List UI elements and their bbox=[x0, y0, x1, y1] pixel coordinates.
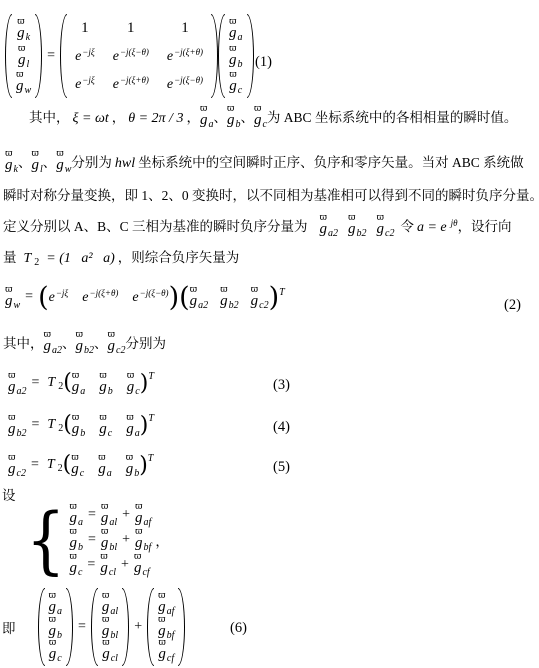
equation-4: ϖgb2 = T2 ( ϖgb ϖgc ϖga )T bbox=[8, 410, 154, 440]
row-tail: ， bbox=[155, 530, 169, 550]
separator: 、 bbox=[43, 155, 57, 170]
right-paren bbox=[211, 14, 218, 98]
g-vector: ϖgbl bbox=[102, 617, 118, 638]
paragraph-2-line-1: ϖgk、ϖgl、ϖgw分别为hwl坐标系统中的空间瞬时正序、负序和零序矢量。当对… bbox=[5, 150, 524, 177]
g-vector: ϖgcl bbox=[102, 640, 118, 661]
g-vector: ϖgb bbox=[49, 617, 63, 638]
cjk-text: 瞬时对称分量变换，即 1、2、0 变换时，以不同相为基准相可以得到不同的瞬时负序… bbox=[3, 188, 539, 203]
g-vector: ϖgb2 bbox=[76, 332, 95, 353]
g-vector: ϖgcf bbox=[158, 640, 174, 661]
system-body: { ϖga=ϖgal+ϖgaf ϖgb=ϖgbl+ϖgbf， ϖgc=ϖgcl+… bbox=[26, 502, 169, 577]
exp-term: e−j(ξ+θ) bbox=[167, 47, 203, 65]
g-vector: ϖga bbox=[49, 593, 63, 614]
column-vector: ϖgaf ϖgbf ϖgcf bbox=[147, 588, 185, 666]
g-vector: ϖgc2 bbox=[8, 455, 26, 476]
g-vector: ϖgbf bbox=[158, 617, 174, 638]
T2-symbol: T2 bbox=[44, 417, 63, 434]
system-row: ϖga=ϖgal+ϖgaf bbox=[69, 502, 168, 527]
vector-column: ϖga ϖgb ϖgc bbox=[45, 588, 67, 666]
paragraph-4: 设 bbox=[2, 483, 16, 509]
g-vector: ϖga bbox=[200, 106, 214, 127]
left-paren: ( bbox=[179, 284, 190, 311]
left-paren bbox=[147, 588, 154, 666]
right-paren: ) bbox=[139, 453, 148, 478]
paragraph-3: 其中，ϖga2、ϖgb2、ϖgc2分别为 bbox=[3, 331, 166, 357]
separator: 、 bbox=[240, 110, 254, 125]
left-paren: ( bbox=[38, 284, 49, 311]
transform-matrix: 1 1 1 e−jξ e−j(ξ−θ) e−j(ξ+θ) e−jξ e−j(ξ+… bbox=[60, 14, 218, 98]
plus-sign: + bbox=[121, 557, 129, 573]
cjk-text: 定义分别以 A、B、C 三相为基准的瞬时负序分量为 bbox=[3, 219, 308, 234]
equals-sign: = bbox=[78, 619, 86, 635]
left-paren bbox=[60, 14, 67, 98]
equation-number-3: (3) bbox=[273, 377, 290, 394]
cjk-text: 量 bbox=[3, 250, 17, 265]
g-vector: ϖgc bbox=[49, 640, 62, 661]
g-vector: ϖgbl bbox=[101, 529, 117, 550]
paragraph-2-line-3: 定义分别以 A、B、C 三相为基准的瞬时负序分量为ϖga2ϖgb2ϖgc2令a … bbox=[3, 210, 512, 241]
equals-sign: = bbox=[25, 289, 33, 305]
g-vector: ϖga bbox=[72, 373, 86, 394]
cjk-text: 其中， bbox=[3, 336, 44, 351]
math-inline: = (1 a² a) bbox=[46, 251, 114, 266]
left-paren: ( bbox=[63, 454, 72, 476]
math-inline: T bbox=[47, 457, 55, 472]
left-paren bbox=[91, 588, 98, 666]
g-vector: ϖgb bbox=[126, 455, 140, 476]
column-vector: ϖga ϖgb ϖgc bbox=[38, 588, 74, 666]
exp-term: e−j(ξ−θ) bbox=[167, 75, 203, 93]
g-vector: ϖgb bbox=[229, 46, 243, 67]
left-paren: ( bbox=[63, 372, 72, 394]
separator: 、 bbox=[94, 336, 108, 351]
transpose-group: )T bbox=[139, 453, 153, 477]
g-vector: ϖgb2 bbox=[348, 215, 367, 236]
g-vector: ϖgc2 bbox=[251, 287, 269, 308]
superscript-T: T bbox=[279, 287, 285, 298]
equals-sign: = bbox=[31, 457, 39, 473]
left-paren bbox=[218, 14, 225, 98]
equation-2: ϖgw = ( e−jξ e−j(ξ+θ) e−j(ξ−θ) )( ϖga2 ϖ… bbox=[5, 279, 285, 315]
g-vector: ϖga2 bbox=[320, 215, 339, 236]
right-paren bbox=[247, 14, 254, 98]
superscript-T: T bbox=[148, 453, 154, 464]
cjk-text: 即 bbox=[2, 617, 16, 637]
cjk-text: 令 bbox=[400, 219, 414, 234]
right-paren bbox=[178, 588, 185, 666]
T2-symbol: T2 bbox=[44, 375, 63, 392]
equals-sign: = bbox=[32, 375, 40, 391]
right-paren bbox=[122, 588, 129, 666]
paragraph-1: 其中，ξ = ωt，θ = 2π / 3，ϖga、ϖgb、ϖgc为 ABC 坐标… bbox=[29, 105, 517, 132]
right-paren bbox=[35, 14, 42, 98]
paragraph-2-line-2: 瞬时对称分量变换，即 1、2、0 变换时，以不同相为基准相可以得到不同的瞬时负序… bbox=[3, 183, 539, 209]
document-page: ϖgk ϖgl ϖgw = 1 1 1 e−jξ e−j(ξ−θ) e−j(ξ+… bbox=[0, 0, 539, 668]
right-paren: ) bbox=[269, 282, 280, 313]
system-rows: ϖga=ϖgal+ϖgaf ϖgb=ϖgbl+ϖgbf， ϖgc=ϖgcl+ϖg… bbox=[69, 502, 168, 577]
plus-sign: + bbox=[122, 507, 130, 523]
exp-term: e−jξ bbox=[49, 288, 69, 306]
cjk-text: ，设行向 bbox=[458, 219, 512, 234]
matrix-one: 1 bbox=[181, 20, 189, 37]
g-vector: ϖgb2 bbox=[220, 287, 239, 308]
right-paren: ) bbox=[169, 284, 180, 311]
exp-term: e−j(ξ−θ) bbox=[132, 288, 168, 306]
cjk-text: 分别为 bbox=[71, 155, 112, 170]
superscript: jθ bbox=[451, 218, 458, 228]
g-vector: ϖgcl bbox=[100, 554, 116, 575]
equals-sign: = bbox=[87, 557, 95, 573]
transpose-group: )T bbox=[140, 371, 154, 395]
g-vector: ϖgb2 bbox=[8, 415, 27, 436]
g-vector: ϖgw bbox=[56, 151, 71, 172]
exp-term: e−jξ bbox=[75, 47, 95, 65]
cjk-text: 分别为 bbox=[125, 336, 166, 351]
g-vector: ϖgbf bbox=[135, 529, 151, 550]
T2-symbol: T2 bbox=[44, 457, 63, 474]
vector-column: ϖga ϖgb ϖgc bbox=[225, 14, 247, 98]
subscript-2: 2 bbox=[34, 257, 39, 268]
equals-sign: = bbox=[88, 532, 96, 548]
paragraph-2-line-4: 量T2= (1 a² a)，则综合负序矢量为 bbox=[3, 245, 239, 276]
equals-sign: = bbox=[32, 417, 40, 433]
g-vector: ϖgb bbox=[227, 106, 241, 127]
equation-3: ϖga2 = T2 ( ϖga ϖgb ϖgc )T bbox=[8, 368, 154, 398]
cjk-text: 其中， bbox=[29, 110, 70, 125]
superscript-T: T bbox=[148, 371, 154, 382]
g-vector: ϖgw bbox=[5, 287, 20, 308]
g-vector: ϖgk bbox=[17, 19, 30, 40]
system-row: ϖgc=ϖgcl+ϖgcf bbox=[69, 552, 168, 577]
cjk-text: 坐标系统中的空间瞬时正序、负序和零序矢量。当对 ABC 系统做 bbox=[138, 155, 524, 170]
transpose-group: )T bbox=[140, 413, 154, 437]
g-vector: ϖga2 bbox=[8, 373, 27, 394]
g-vector: ϖga2 bbox=[44, 332, 63, 353]
lhs-column-vector: ϖgk ϖgl ϖgw bbox=[5, 14, 42, 98]
vector-column: ϖgaf ϖgbf ϖgcf bbox=[154, 588, 178, 666]
cjk-text: ， bbox=[186, 110, 200, 125]
math-inline: θ = 2π / 3 bbox=[128, 111, 183, 126]
g-vector: ϖgc bbox=[99, 415, 112, 436]
exp-term: e−j(ξ−θ) bbox=[113, 47, 149, 65]
g-vector: ϖgb bbox=[72, 415, 86, 436]
exp-term: e−jξ bbox=[75, 75, 95, 93]
math-inline: a = e bbox=[417, 220, 447, 235]
matrix-one: 1 bbox=[81, 20, 89, 37]
g-vector: ϖga bbox=[98, 455, 112, 476]
cjk-text: 为 ABC 坐标系统中的各相相量的瞬时值。 bbox=[267, 110, 518, 125]
plus-sign: + bbox=[122, 532, 130, 548]
equation-number-1: (1) bbox=[255, 54, 272, 71]
g-vector: ϖga bbox=[126, 415, 140, 436]
g-vector: ϖgc bbox=[229, 72, 242, 93]
T2-symbol: T2 bbox=[21, 245, 40, 276]
math-inline: T bbox=[47, 417, 55, 432]
g-vector: ϖgc bbox=[71, 455, 84, 476]
left-paren: ( bbox=[63, 414, 72, 436]
vector-column: ϖgk ϖgl ϖgw bbox=[12, 14, 35, 98]
separator: 、 bbox=[62, 336, 76, 351]
g-vector: ϖgl bbox=[31, 151, 42, 172]
g-vector: ϖgb bbox=[99, 373, 113, 394]
superscript-T: T bbox=[148, 413, 154, 424]
g-vector: ϖgcf bbox=[134, 554, 150, 575]
g-vector: ϖga bbox=[69, 504, 83, 525]
cjk-text: ，则综合负序矢量为 bbox=[118, 250, 240, 265]
rhs-column-vector: ϖga ϖgb ϖgc bbox=[218, 14, 254, 98]
equation-1: ϖgk ϖgl ϖgw = 1 1 1 e−jξ e−j(ξ−θ) e−j(ξ+… bbox=[5, 14, 254, 98]
equation-6: 即 ϖga ϖgb ϖgc = ϖgal ϖgbl ϖgcl + ϖgaf bbox=[2, 588, 185, 666]
matrix-one: 1 bbox=[127, 20, 135, 37]
equation-number-2: (2) bbox=[504, 297, 521, 314]
separator: 、 bbox=[18, 155, 32, 170]
g-vector: ϖgb bbox=[69, 529, 83, 550]
plus-sign: + bbox=[134, 619, 142, 635]
column-vector: ϖgal ϖgbl ϖgcl bbox=[91, 588, 129, 666]
equation-number-6: (6) bbox=[230, 620, 247, 637]
g-vector: ϖga bbox=[229, 19, 243, 40]
separator: 、 bbox=[213, 110, 227, 125]
equation-number-4: (4) bbox=[273, 419, 290, 436]
equation-number-5: (5) bbox=[273, 459, 290, 476]
math-inline: ξ = ωt bbox=[73, 111, 109, 126]
g-vector: ϖgc bbox=[69, 554, 82, 575]
g-vector: ϖgaf bbox=[135, 504, 151, 525]
g-vector: ϖgw bbox=[16, 72, 31, 93]
cjk-text: ， bbox=[112, 110, 126, 125]
g-vector: ϖgc bbox=[127, 373, 140, 394]
right-paren bbox=[66, 588, 73, 666]
exp-term: e−j(ξ+θ) bbox=[82, 288, 118, 306]
equation-5: ϖgc2 = T2 ( ϖgc ϖga ϖgb )T bbox=[8, 450, 153, 480]
g-vector: ϖgc bbox=[254, 106, 267, 127]
math-inline: T bbox=[47, 375, 55, 390]
g-vector: ϖgal bbox=[101, 504, 117, 525]
math-inline: hwl bbox=[115, 156, 135, 171]
g-vector: ϖgc2 bbox=[108, 332, 126, 353]
left-paren bbox=[5, 14, 12, 98]
equals-sign: = bbox=[47, 48, 55, 64]
equation-system: { ϖga=ϖgal+ϖgaf ϖgb=ϖgbl+ϖgbf， ϖgc=ϖgcl+… bbox=[26, 502, 169, 577]
g-vector: ϖgc2 bbox=[377, 215, 395, 236]
g-vector: ϖgaf bbox=[158, 593, 174, 614]
exp-term: e−j(ξ+θ) bbox=[113, 75, 149, 93]
g-vector: ϖgl bbox=[18, 46, 29, 67]
system-row: ϖgb=ϖgbl+ϖgbf， bbox=[69, 527, 168, 552]
cjk-text: 设 bbox=[2, 488, 16, 503]
transpose-group: )T bbox=[269, 284, 285, 311]
matrix-cells: 1 1 1 e−jξ e−j(ξ−θ) e−j(ξ+θ) e−jξ e−j(ξ+… bbox=[67, 14, 211, 98]
g-vector: ϖga2 bbox=[190, 287, 209, 308]
vector-column: ϖgal ϖgbl ϖgcl bbox=[98, 588, 122, 666]
left-brace: { bbox=[26, 503, 65, 576]
g-vector: ϖgk bbox=[5, 151, 18, 172]
math-inline: T bbox=[24, 251, 32, 266]
equals-sign: = bbox=[88, 507, 96, 523]
left-paren bbox=[38, 588, 45, 666]
g-vector: ϖgal bbox=[102, 593, 118, 614]
